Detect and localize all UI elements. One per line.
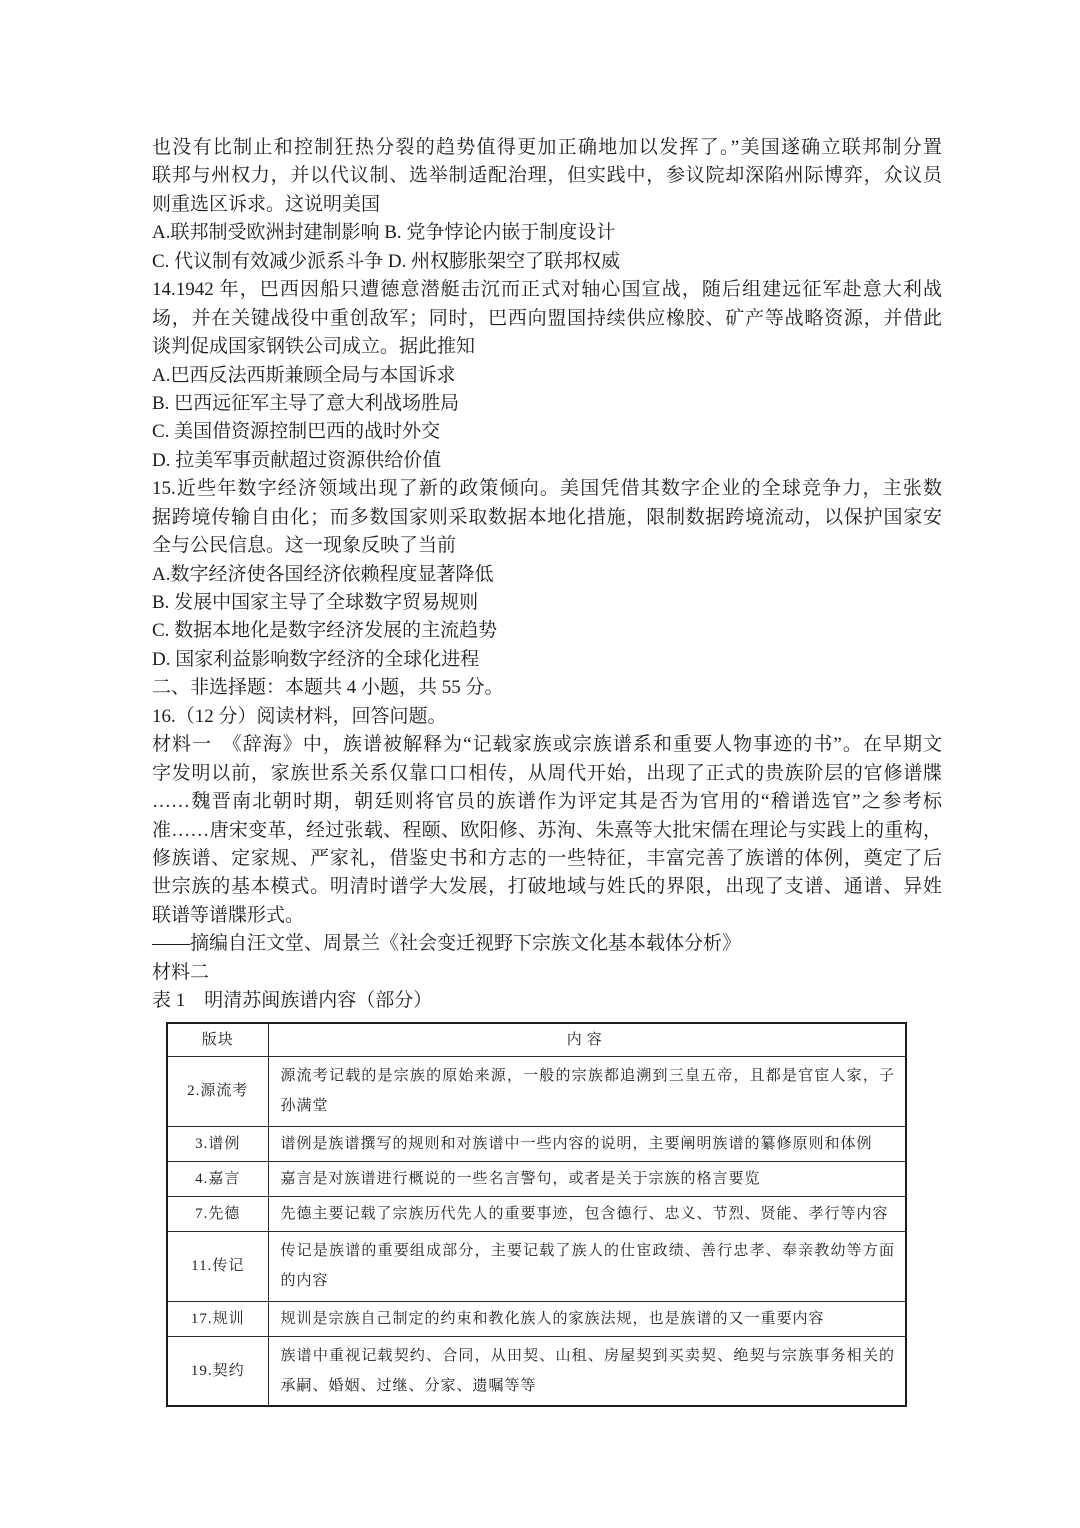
q14-body-line: 谈判促成国家钢铁公司成立。据此推知	[152, 333, 942, 361]
q16-table-caption: 表 1 明清苏闽族谱内容（部分）	[152, 987, 942, 1015]
content-cell: 源流考记载的是宗族的原始来源，一般的宗族都追溯到三皇五帝，且都是官宦人家，子孙满…	[268, 1056, 906, 1126]
q14-option-c: C. 美国借资源控制巴西的战时外交	[152, 418, 942, 446]
table-row: 2.源流考 源流考记载的是宗族的原始来源，一般的宗族都追溯到三皇五帝，且都是官宦…	[167, 1056, 906, 1126]
q15-body-line: 全与公民信息。这一现象反映了当前	[152, 532, 942, 560]
q15-body-line: 据跨境传输自由化；而多数国家则采取数据本地化措施，限制数据跨境流动，以保护国家安	[152, 504, 942, 532]
table-row: 4.嘉言 嘉言是对族谱进行概说的一些名言警句，或者是关于宗族的格言要览	[167, 1161, 906, 1196]
genealogy-table: 版块 内容 2.源流考 源流考记载的是宗族的原始来源，一般的宗族都追溯到三皇五帝…	[166, 1022, 907, 1408]
block-cell: 3.谱例	[167, 1126, 268, 1161]
content-cell: 先德主要记载了宗族历代先人的重要事迹，包含德行、忠义、节烈、贤能、孝行等内容	[268, 1196, 906, 1231]
q15-option-d: D. 国家利益影响数字经济的全球化进程	[152, 646, 942, 674]
table-row: 3.谱例 谱例是族谱撰写的规则和对族谱中一些内容的说明，主要阐明族谱的纂修原则和…	[167, 1126, 906, 1161]
q16-material1-line: 联谱等谱牒形式。	[152, 902, 942, 930]
q16-material1-line: ……魏晋南北朝时期，朝廷则将官员的族谱作为评定其是否为官用的“稽谱选官”之参考标	[152, 788, 942, 816]
content-cell: 传记是族谱的重要组成部分，主要记载了族人的仕宦政绩、善行忠孝、奉亲教幼等方面的内…	[268, 1231, 906, 1301]
block-cell: 17.规训	[167, 1301, 268, 1336]
content-cell: 族谱中重视记载契约、合同，从田契、山租、房屋契到买卖契、绝契与宗族事务相关的承嗣…	[268, 1336, 906, 1406]
content-cell: 嘉言是对族谱进行概说的一些名言警句，或者是关于宗族的格言要览	[268, 1161, 906, 1196]
q13-options-cd: C. 代议制有效减少派系斗争 D. 州权膨胀架空了联邦权威	[152, 248, 942, 276]
content-cell: 谱例是族谱撰写的规则和对族谱中一些内容的说明，主要阐明族谱的纂修原则和体例	[268, 1126, 906, 1161]
q16-source-citation: ——摘编自汪文堂、周景兰《社会变迁视野下宗族文化基本载体分析》	[152, 930, 942, 958]
table-header-row: 版块 内容	[167, 1023, 906, 1057]
q14-option-b: B. 巴西远征军主导了意大利战场胜局	[152, 390, 942, 418]
block-cell: 7.先德	[167, 1196, 268, 1231]
exam-page: 也没有比制止和控制狂热分裂的趋势值得更加正确地加以发挥了。”美国遂确立联邦制分置…	[0, 0, 1080, 1528]
q14-body-line: 场，并在关键战役中重创敌军；同时，巴西向盟国持续供应橡胶、矿产等战略资源，并借此	[152, 305, 942, 333]
section-two-header: 二、非选择题：本题共 4 小题，共 55 分。	[152, 674, 942, 702]
block-cell: 4.嘉言	[167, 1161, 268, 1196]
table-row: 11.传记 传记是族谱的重要组成部分，主要记载了族人的仕宦政绩、善行忠孝、奉亲教…	[167, 1231, 906, 1301]
block-cell: 19.契约	[167, 1336, 268, 1406]
genealogy-table-wrap: 版块 内容 2.源流考 源流考记载的是宗族的原始来源，一般的宗族都追溯到三皇五帝…	[166, 1022, 942, 1408]
q16-material1-line: 字发明以前，家族世系关系仅靠口口相传，从周代开始，出现了正式的贵族阶层的官修谱牒	[152, 760, 942, 788]
table-row: 19.契约 族谱中重视记载契约、合同，从田契、山租、房屋契到买卖契、绝契与宗族事…	[167, 1336, 906, 1406]
q16-material1-line: 材料一 《辞海》中，族谱被解释为“记载家族或宗族谱系和重要人物事迹的书”。在早期…	[152, 731, 942, 759]
q16-material1-line: 世宗族的基本模式。明清时谱学大发展，打破地域与姓氏的界限，出现了支谱、通谱、异姓	[152, 873, 942, 901]
q14-option-d: D. 拉美军事贡献超过资源供给价值	[152, 447, 942, 475]
block-cell: 2.源流考	[167, 1056, 268, 1126]
block-cell: 11.传记	[167, 1231, 268, 1301]
table-row: 7.先德 先德主要记载了宗族历代先人的重要事迹，包含德行、忠义、节烈、贤能、孝行…	[167, 1196, 906, 1231]
q13-body-line: 则重选区诉求。这说明美国	[152, 191, 942, 219]
q15-option-c: C. 数据本地化是数字经济发展的主流趋势	[152, 617, 942, 645]
q15-body-line: 15.近些年数字经济领域出现了新的政策倾向。美国凭借其数字企业的全球竞争力，主张…	[152, 475, 942, 503]
q16-intro: 16.（12 分）阅读材料，回答问题。	[152, 703, 942, 731]
table-header-content: 内容	[268, 1023, 906, 1057]
q14-body-line: 14.1942 年，巴西因船只遭德意潜艇击沉而正式对轴心国宣战，随后组建远征军赴…	[152, 276, 942, 304]
content-cell: 规训是宗族自己制定的约束和教化族人的家族法规，也是族谱的又一重要内容	[268, 1301, 906, 1336]
exam-text-column: 也没有比制止和控制狂热分裂的趋势值得更加正确地加以发挥了。”美国遂确立联邦制分置…	[152, 134, 942, 1407]
q16-material1-line: 准……唐宋变革，经过张载、程颐、欧阳修、苏洵、朱熹等大批宋儒在理论与实践上的重构…	[152, 817, 942, 845]
q16-material2-label: 材料二	[152, 959, 942, 987]
q16-material1-line: 修族谱、定家规、严家礼，借鉴史书和方志的一些特征，丰富完善了族谱的体例，奠定了后	[152, 845, 942, 873]
table-header-block: 版块	[167, 1023, 268, 1057]
q15-option-b: B. 发展中国家主导了全球数字贸易规则	[152, 589, 942, 617]
q14-option-a: A.巴西反法西斯兼顾全局与本国诉求	[152, 362, 942, 390]
q13-options-ab: A.联邦制受欧洲封建制影响 B. 党争悖论内嵌于制度设计	[152, 219, 942, 247]
q13-body-line: 也没有比制止和控制狂热分裂的趋势值得更加正确地加以发挥了。”美国遂确立联邦制分置	[152, 134, 942, 162]
table-row: 17.规训 规训是宗族自己制定的约束和教化族人的家族法规，也是族谱的又一重要内容	[167, 1301, 906, 1336]
q13-body-line: 联邦与州权力，并以代议制、选举制适配治理，但实践中，参议院却深陷州际博弈，众议员	[152, 162, 942, 190]
q15-option-a: A.数字经济使各国经济依赖程度显著降低	[152, 561, 942, 589]
